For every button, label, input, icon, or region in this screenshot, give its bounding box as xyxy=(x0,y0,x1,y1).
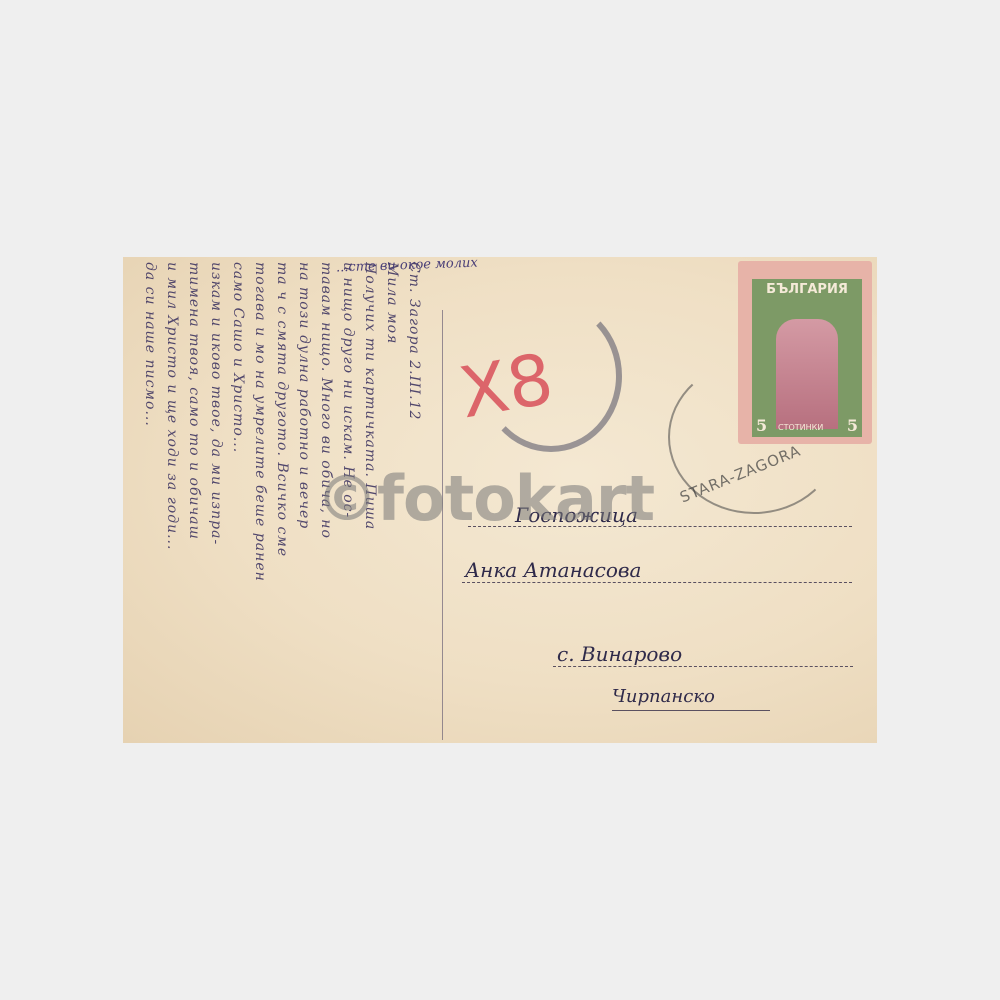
address-line-2-rule xyxy=(462,582,852,583)
message-line: та ч с смята другото. Всичко сме xyxy=(266,262,290,740)
address-line-4-rule xyxy=(612,710,770,711)
address-line-2: Анка Атанасова xyxy=(465,558,641,582)
address-line-3: с. Винарово xyxy=(557,642,682,666)
message-line: тимена твоя, само то и обичаш xyxy=(178,262,202,740)
message-line: изкам и иково твое, да ми изпра- xyxy=(200,262,224,740)
message-line: да си наше писмо... xyxy=(134,262,158,740)
stamp-country: БЪЛГАРИЯ xyxy=(752,282,862,297)
stamp-value-right: 5 xyxy=(847,416,858,435)
red-pencil-mark: X8 xyxy=(454,338,559,435)
address-line-3-rule xyxy=(553,666,853,667)
message-line: тогава и мо на умрелите беше ранен xyxy=(244,262,268,740)
message-line: само Сашо и Христо... xyxy=(222,262,246,740)
message-line: на този дулна работно и вечер xyxy=(288,262,312,740)
message-line: и мил Христо и ще ходи за годи... xyxy=(156,262,180,740)
watermark: ©fotokart xyxy=(316,462,654,535)
address-line-4: Чирпанско xyxy=(612,686,715,707)
